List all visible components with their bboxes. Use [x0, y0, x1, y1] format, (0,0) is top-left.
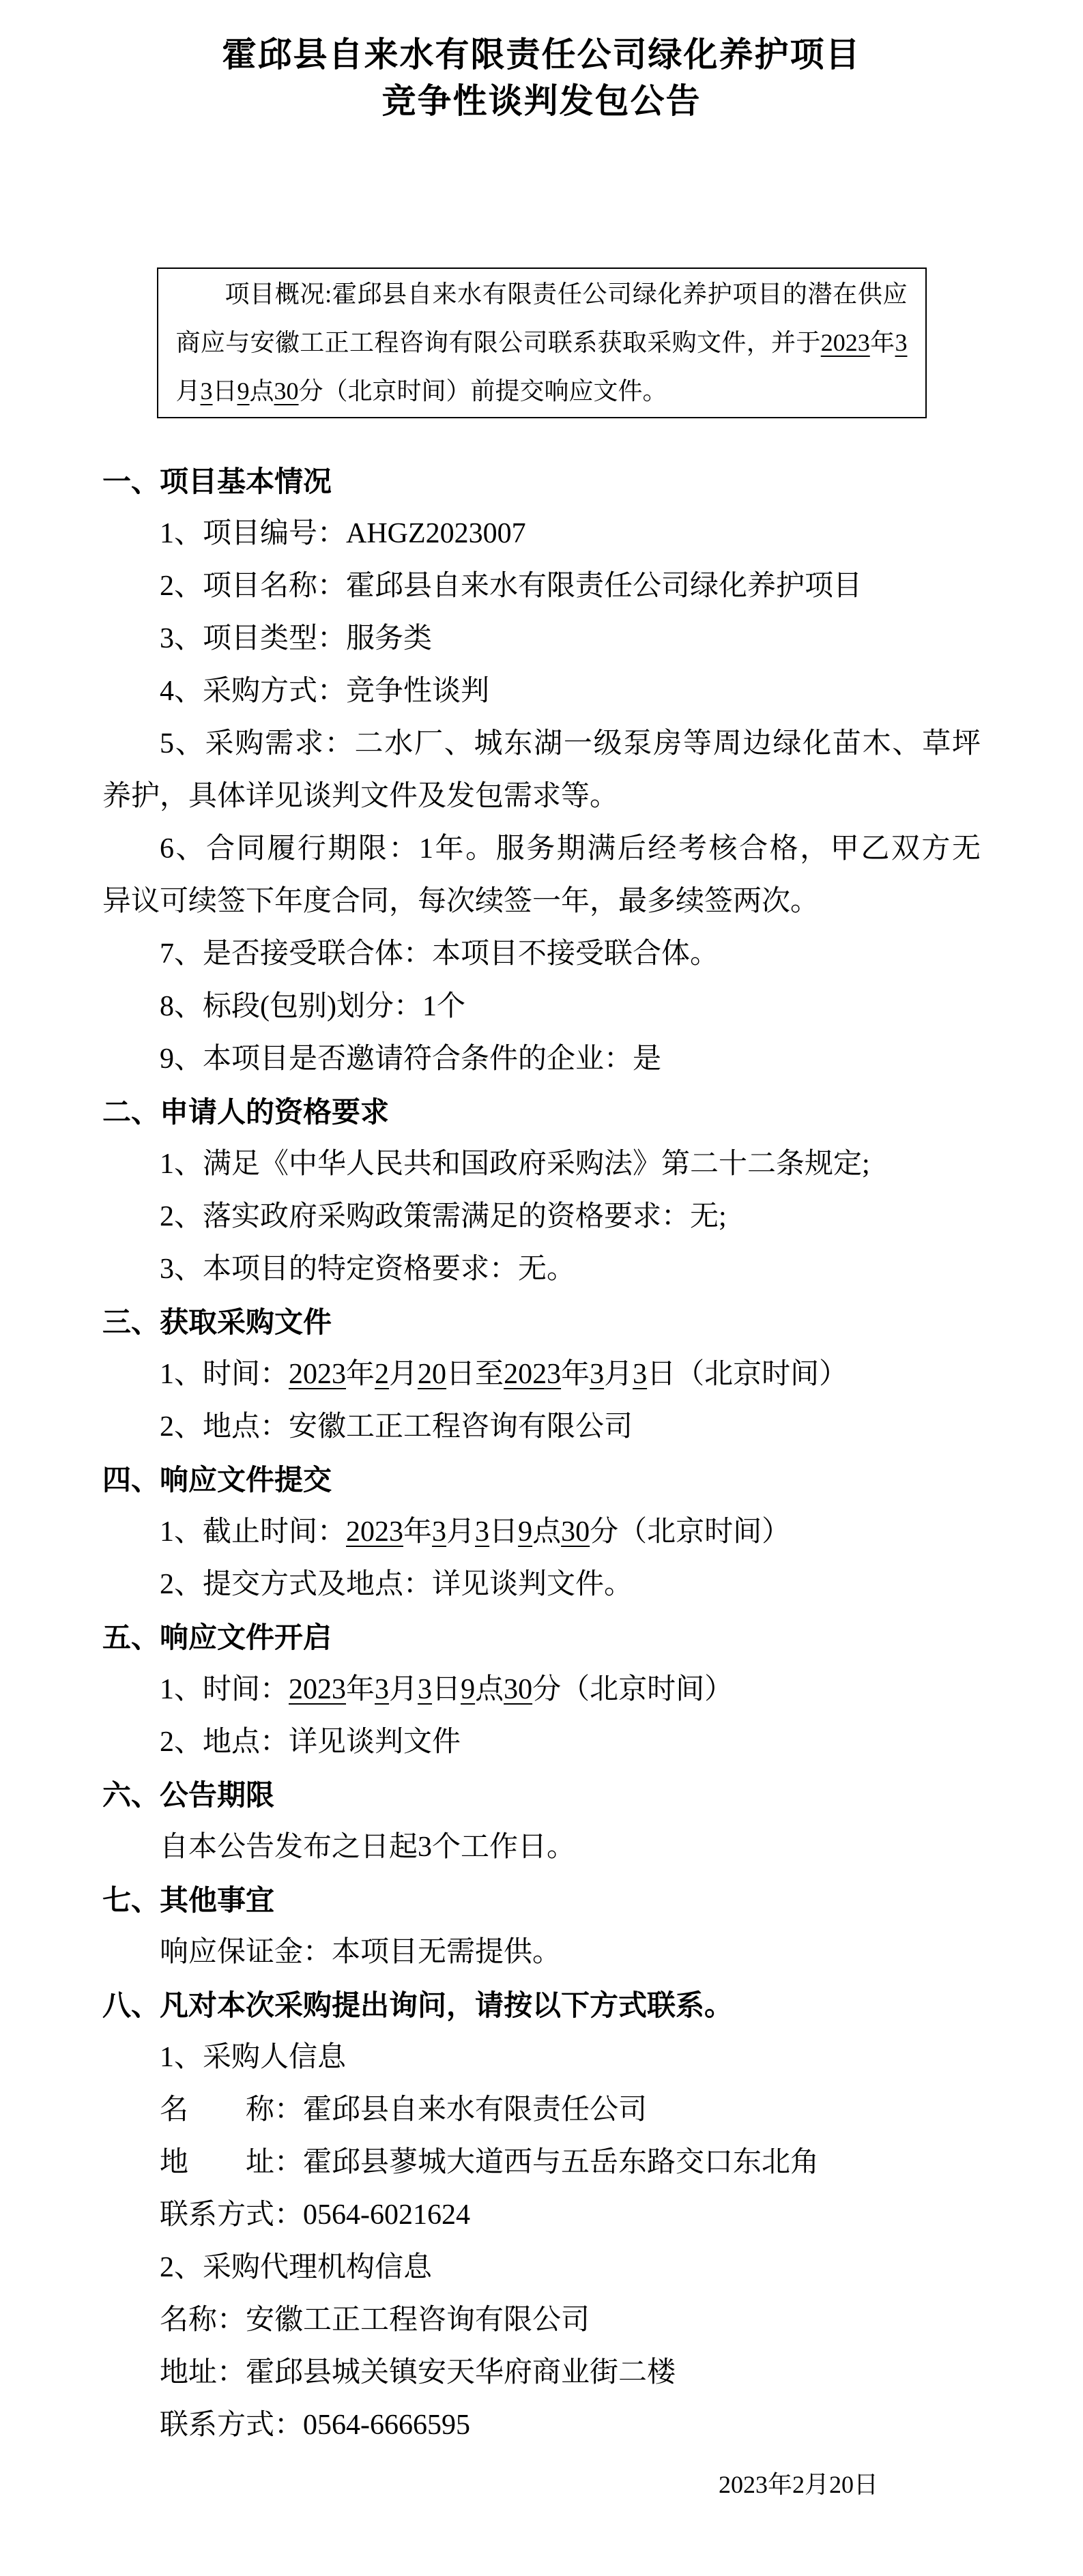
item-open-place: 2、地点：详见谈判文件: [102, 1716, 981, 1769]
publish-date: 2023年2月20日: [102, 2459, 878, 2511]
section-1-heading: 一、项目基本情况: [102, 455, 981, 508]
item-contract-term: 6、合同履行期限：1年。服务期满后经考核合格，甲乙双方无: [102, 823, 981, 875]
item-qualification-1: 1、满足《中华人民共和国政府采购法》第二十二条规定;: [102, 1138, 981, 1191]
item-lot-division: 8、标段(包别)划分：1个: [102, 981, 981, 1033]
item-contract-term-cont: 异议可续签下年度合同，每次续签一年，最多续签两次。: [102, 875, 981, 928]
deposit-text: 响应保证金：本项目无需提供。: [102, 1926, 981, 1979]
section-4-heading: 四、响应文件提交: [102, 1453, 981, 1506]
announcement-body: 一、项目基本情况 1、项目编号：AHGZ2023007 2、项目名称：霍邱县自来…: [0, 455, 1083, 2511]
item-invite-enterprises: 9、本项目是否邀请符合条件的企业：是: [102, 1033, 981, 1086]
project-summary-box: 项目概况:霍邱县自来水有限责任公司绿化养护项目的潜在供应 商应与安徽工正工程咨询…: [157, 267, 927, 418]
announcement-period-text: 自本公告发布之日起3个工作日。: [102, 1821, 981, 1874]
item-procurement-demand-cont: 养护，具体详见谈判文件及发包需求等。: [102, 770, 981, 823]
item-procurement-demand: 5、采购需求：二水厂、城东湖一级泵房等周边绿化苗木、草坪: [102, 718, 981, 770]
announcement-page: 霍邱县自来水有限责任公司绿化养护项目 竞争性谈判发包公告 项目概况:霍邱县自来水…: [0, 0, 1083, 2576]
item-submit-deadline: 1、截止时间：2023年3月3日9点30分（北京时间）: [102, 1506, 981, 1559]
item-consortium: 7、是否接受联合体：本项目不接受联合体。: [102, 928, 981, 981]
item-submit-method: 2、提交方式及地点：详见谈判文件。: [102, 1559, 981, 1611]
agent-info-label: 2、采购代理机构信息: [102, 2242, 981, 2294]
section-2-heading: 二、申请人的资格要求: [102, 1086, 981, 1138]
item-project-type: 3、项目类型：服务类: [102, 613, 981, 665]
section-7-heading: 七、其他事宜: [102, 1874, 981, 1926]
summary-line-1: 项目概况:霍邱县自来水有限责任公司绿化养护项目的潜在供应: [176, 270, 908, 319]
item-qualification-3: 3、本项目的特定资格要求：无。: [102, 1243, 981, 1296]
item-doc-time: 1、时间：2023年2月20日至2023年3月3日（北京时间）: [102, 1348, 981, 1401]
item-project-number: 1、项目编号：AHGZ2023007: [102, 508, 981, 560]
agent-name: 名称：安徽工正工程咨询有限公司: [102, 2294, 981, 2347]
item-doc-place: 2、地点：安徽工正工程咨询有限公司: [102, 1401, 981, 1453]
agent-address: 地址：霍邱县城关镇安天华府商业街二楼: [102, 2347, 981, 2399]
agent-contact: 联系方式：0564-6666595: [102, 2399, 981, 2452]
item-project-name: 2、项目名称：霍邱县自来水有限责任公司绿化养护项目: [102, 560, 981, 613]
buyer-contact: 联系方式：0564-6021624: [102, 2189, 981, 2242]
doc-title-block: 霍邱县自来水有限责任公司绿化养护项目 竞争性谈判发包公告: [0, 0, 1083, 124]
section-8-heading: 八、凡对本次采购提出询问，请按以下方式联系。: [102, 1979, 981, 2031]
doc-title-line-2: 竞争性谈判发包公告: [0, 78, 1083, 124]
item-open-time: 1、时间：2023年3月3日9点30分（北京时间）: [102, 1664, 981, 1716]
section-6-heading: 六、公告期限: [102, 1769, 981, 1821]
summary-line-3: 月3日9点30分（北京时间）前提交响应文件。: [176, 367, 908, 416]
buyer-name: 名 称：霍邱县自来水有限责任公司: [102, 2084, 981, 2137]
item-procurement-method: 4、采购方式：竞争性谈判: [102, 665, 981, 718]
section-3-heading: 三、获取采购文件: [102, 1296, 981, 1348]
section-5-heading: 五、响应文件开启: [102, 1611, 981, 1664]
summary-line-2: 商应与安徽工正工程咨询有限公司联系获取采购文件，并于2023年3: [176, 319, 908, 367]
buyer-address: 地 址：霍邱县蓼城大道西与五岳东路交口东北角: [102, 2137, 981, 2189]
buyer-info-label: 1、采购人信息: [102, 2031, 981, 2084]
doc-title-line-1: 霍邱县自来水有限责任公司绿化养护项目: [0, 31, 1083, 78]
item-qualification-2: 2、落实政府采购政策需满足的资格要求：无;: [102, 1191, 981, 1243]
